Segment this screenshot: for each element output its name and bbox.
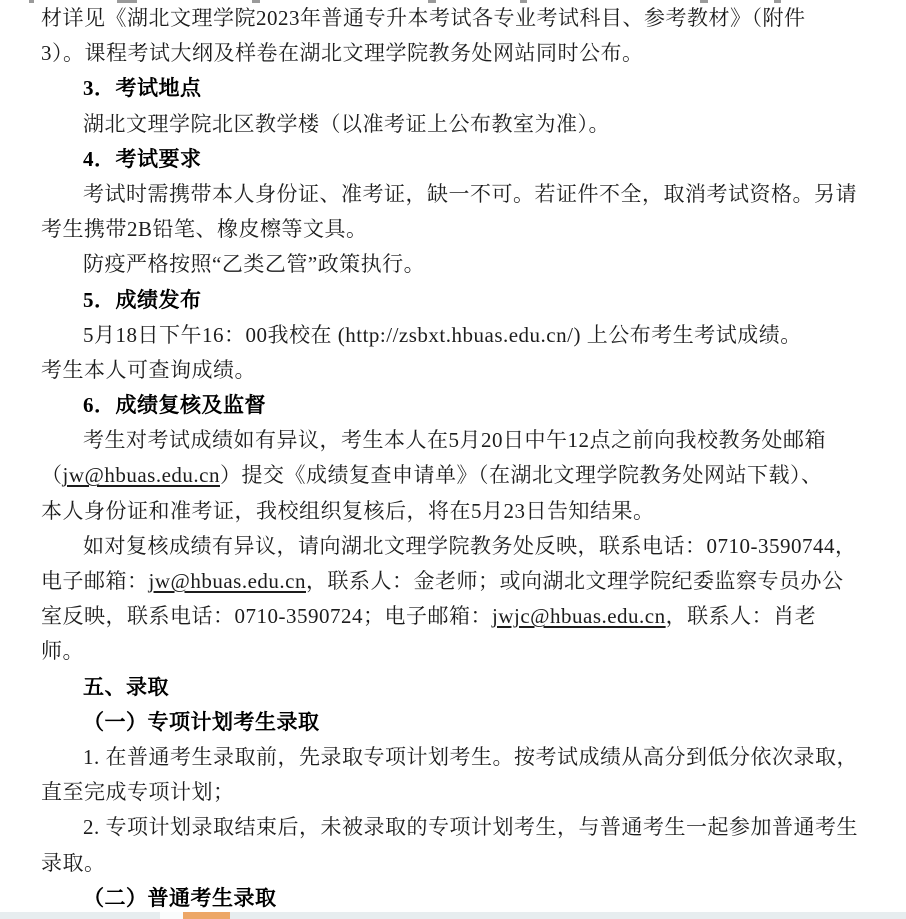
heading-line: （二）普通考生录取 xyxy=(41,881,906,916)
text-line: 室反映，联系电话：0710-3590724；电子邮箱：jwjc@hbuas.ed… xyxy=(41,599,906,634)
text-segment: 防疫严格按照“乙类乙管”政策执行。 xyxy=(83,252,425,276)
horizontal-scrollbar[interactable] xyxy=(0,912,906,919)
text-line: 1. 在普通考生录取前，先录取专项计划考生。按考试成绩从高分到低分依次录取， xyxy=(41,740,906,775)
scrollbar-track[interactable] xyxy=(0,912,906,919)
text-segment: 考试时需携带本人身份证、准考证，缺一不可。若证件不全，取消考试资格。另请 xyxy=(83,182,857,206)
text-segment: 1. 在普通考生录取前，先录取专项计划考生。按考试成绩从高分到低分依次录取， xyxy=(83,745,858,769)
heading-line: 五、录取 xyxy=(41,670,906,705)
document-page: 材详见《湖北文理学院2023年普通专升本考试各专业考试科目、参考教材》（附件3）… xyxy=(0,0,906,919)
scrollbar-gap xyxy=(160,912,183,919)
text-segment: （ xyxy=(41,463,63,487)
scrollbar-thumb[interactable] xyxy=(183,912,230,919)
text-segment: ，联系人：金老师；或向湖北文理学院纪委监察专员办公 xyxy=(306,569,844,593)
text-line: （jw@hbuas.edu.cn）提交《成绩复查申请单》（在湖北文理学院教务处网… xyxy=(41,458,906,493)
clipped-text-remnant xyxy=(29,0,34,3)
email-link[interactable]: jw@hbuas.edu.cn xyxy=(63,463,220,487)
text-line: 2. 专项计划录取结束后，未被录取的专项计划考生，与普通考生一起参加普通考生 xyxy=(41,810,906,845)
text-segment: 电子邮箱： xyxy=(41,569,149,593)
text-segment: 直至完成专项计划； xyxy=(41,780,235,804)
text-line: 录取。 xyxy=(41,846,906,881)
text-segment: （二）普通考生录取 xyxy=(83,886,277,910)
text-segment: （一）专项计划考生录取 xyxy=(83,710,320,734)
document-body: 材详见《湖北文理学院2023年普通专升本考试各专业考试科目、参考教材》（附件3）… xyxy=(41,1,906,916)
text-line: 湖北文理学院北区教学楼（以准考证上公布教室为准）。 xyxy=(41,107,906,142)
text-line: 本人身份证和准考证，我校组织复核后，将在5月23日告知结果。 xyxy=(41,494,906,529)
text-segment: 五、录取 xyxy=(83,675,169,699)
text-segment: 3．考试地点 xyxy=(83,76,202,100)
text-line: 考生携带2B铅笔、橡皮檫等文具。 xyxy=(41,212,906,247)
text-line: 考生对考试成绩如有异议，考生本人在5月20日中午12点之前向我校教务处邮箱 xyxy=(41,423,906,458)
text-segment: 录取。 xyxy=(41,851,106,875)
text-segment: 5月18日下午16：00我校在 (http://zsbxt.hbuas.edu.… xyxy=(83,323,802,347)
text-segment: 师。 xyxy=(41,639,84,663)
text-line: 考试时需携带本人身份证、准考证，缺一不可。若证件不全，取消考试资格。另请 xyxy=(41,177,906,212)
text-segment: 如对复核成绩有异议，请向湖北文理学院教务处反映，联系电话：0710-359074… xyxy=(83,534,857,558)
text-segment: ）提交《成绩复查申请单》（在湖北文理学院教务处网站下载）、 xyxy=(220,463,823,487)
text-line: 防疫严格按照“乙类乙管”政策执行。 xyxy=(41,247,906,282)
email-link[interactable]: jwjc@hbuas.edu.cn xyxy=(492,604,666,628)
text-line: 电子邮箱：jw@hbuas.edu.cn，联系人：金老师；或向湖北文理学院纪委监… xyxy=(41,564,906,599)
text-segment: 3）。课程考试大纲及样卷在湖北文理学院教务处网站同时公布。 xyxy=(41,41,644,65)
heading-line: （一）专项计划考生录取 xyxy=(41,705,906,740)
text-segment: 6．成绩复核及监督 xyxy=(83,393,266,417)
text-segment: 考生本人可查询成绩。 xyxy=(41,358,256,382)
text-segment: 室反映，联系电话：0710-3590724；电子邮箱： xyxy=(41,604,492,628)
text-line: 材详见《湖北文理学院2023年普通专升本考试各专业考试科目、参考教材》（附件 xyxy=(41,1,906,36)
text-line: 直至完成专项计划； xyxy=(41,775,906,810)
text-segment: 湖北文理学院北区教学楼（以准考证上公布教室为准）。 xyxy=(83,112,610,136)
text-segment: 5．成绩发布 xyxy=(83,288,202,312)
text-segment: 考生携带2B铅笔、橡皮檫等文具。 xyxy=(41,217,368,241)
heading-line: 6．成绩复核及监督 xyxy=(41,388,906,423)
heading-line: 3．考试地点 xyxy=(41,71,906,106)
heading-line: 4．考试要求 xyxy=(41,142,906,177)
text-line: 考生本人可查询成绩。 xyxy=(41,353,906,388)
heading-line: 5．成绩发布 xyxy=(41,283,906,318)
text-segment: 本人身份证和准考证，我校组织复核后，将在5月23日告知结果。 xyxy=(41,499,655,523)
text-line: 如对复核成绩有异议，请向湖北文理学院教务处反映，联系电话：0710-359074… xyxy=(41,529,906,564)
text-segment: 4．考试要求 xyxy=(83,147,202,171)
text-segment: 考生对考试成绩如有异议，考生本人在5月20日中午12点之前向我校教务处邮箱 xyxy=(83,428,826,452)
text-segment: 材详见《湖北文理学院2023年普通专升本考试各专业考试科目、参考教材》（附件 xyxy=(41,6,806,30)
text-line: 5月18日下午16：00我校在 (http://zsbxt.hbuas.edu.… xyxy=(41,318,906,353)
email-link[interactable]: jw@hbuas.edu.cn xyxy=(149,569,306,593)
text-segment: 2. 专项计划录取结束后，未被录取的专项计划考生，与普通考生一起参加普通考生 xyxy=(83,815,858,839)
text-segment: ，联系人：肖老 xyxy=(666,604,817,628)
text-line: 3）。课程考试大纲及样卷在湖北文理学院教务处网站同时公布。 xyxy=(41,36,906,71)
text-line: 师。 xyxy=(41,634,906,669)
